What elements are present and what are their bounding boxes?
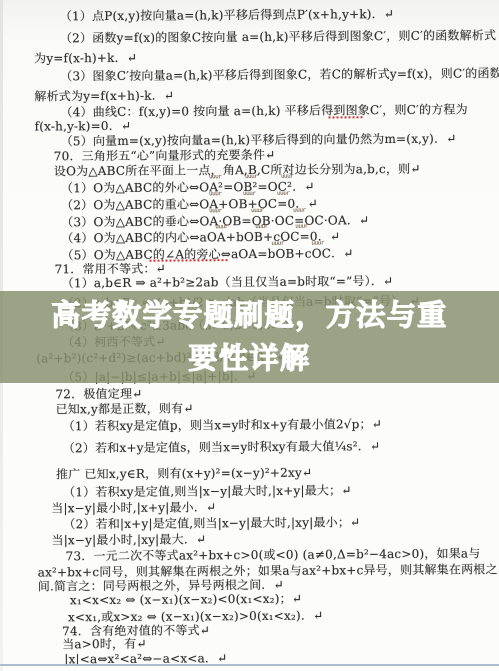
vector-arrow-mark: uuur (255, 224, 267, 230)
doc-line: 已知x,y都是正数，则有↵ (56, 401, 194, 416)
doc-line: 70．三角形五“心”向量形式的充要条件↵ (54, 148, 276, 164)
vector-arrow-mark: uuur (281, 174, 293, 180)
doc-line: 73．一元二次不等式ax²+bx+c>0(或<0) (a≠0,Δ=b²−4ac>… (66, 546, 481, 563)
vector-arrow-mark: uuur (295, 224, 307, 230)
vector-arrow-mark: uuur (311, 240, 323, 246)
doc-line: （2）O为△ABC的重心⇔OA+OB+OC=0．↵ (61, 197, 318, 213)
doc-line: 解析式为y=f(x+h)-k．↵ (34, 89, 174, 104)
doc-line: （1）若积xy是定值p，则当x=y时和x+y有最小值2√p；↵ (63, 417, 382, 433)
doc-line: 当a>0时，有↵ (62, 637, 147, 652)
vector-arrow-mark: uuur (293, 208, 305, 214)
doc-line: （2）函数y=f(x)的图象C按向量 a=(h,k)平移后得到图象C′，则C′的… (60, 28, 496, 45)
spellcheck-squiggle (150, 259, 228, 262)
banner-title-line1: 高考数学专题刷题，方法与重 (51, 294, 448, 337)
doc-line: x<x₁,或x>x₂ ⇔ (x−x₁)(x−x₂)>0(x₁<x₂)．↵ (68, 608, 323, 624)
doc-line: x₁<x<x₂ ⇔ (x−x₁)(x−x₂)<0(x₁<x₂)；↵ (70, 592, 302, 608)
doc-line: （2）若和x+y是定值s，则当x=y时积xy有最大值¼s²．↵ (63, 439, 380, 455)
doc-line: 当|x−y|最小时,|xy|最大．↵ (51, 532, 206, 547)
doc-line: 设O为△ABC所在平面上一点，角A,B,C所对边长分别为a,b,c，则↵ (54, 162, 421, 179)
doc-line: 当|x−y|最小时,|x+y|最小．↵ (51, 500, 216, 515)
document-scan: （1）点P(x,y)按向量a=(h,k)平移后得到点P′(x+h,y+k)．↵ … (0, 0, 499, 671)
doc-line: （2）若和|x+y|是定值,则当|x−y|最大时,|xy|最小；↵ (63, 515, 360, 531)
vector-arrow-mark: uuur (245, 174, 257, 180)
doc-line: 71．常用不等式：↵ (55, 262, 166, 277)
vector-arrow-mark: uuur (243, 191, 255, 197)
vector-arrow-mark: uuur (277, 191, 289, 197)
doc-line: （3）图象C′按向量a=(h,k)平移后得到图象C，若C的解析式y=f(x)，则… (60, 66, 499, 83)
doc-line: 推广 已知x,y∈R，则有(x+y)²=(x−y)²+2xy↵ (56, 466, 312, 482)
doc-line: 72．极值定理↵ (55, 387, 142, 402)
vector-arrow-mark: uuur (251, 208, 263, 214)
banner-title-line2: 要性详解 (188, 337, 310, 380)
vector-arrow-mark: uuur (271, 241, 283, 247)
title-banner: 高考数学专题刷题，方法与重 要性详解 (0, 291, 499, 383)
bottom-divider-line (0, 664, 499, 666)
doc-line: f(x-h,y-k)=0．↵ (35, 119, 132, 134)
doc-line: （5）向量m=(x,y)按向量a=(h,k)平移后得到的向量仍然为m=(x,y)… (61, 132, 457, 149)
vector-arrow-mark: uuur (209, 208, 221, 214)
doc-line: 为y=f(x-h)+k．↵ (34, 51, 137, 66)
vector-arrow-mark: uuur (209, 174, 221, 180)
doc-line: （1）点P(x,y)按向量a=(h,k)平移后得到点P′(x+h,y+k)．↵ (60, 7, 394, 23)
doc-line: （1）a,b∈R ⇒ a²+b²≥2ab（当且仅当a=b时取“=”号）．↵ (62, 274, 394, 290)
doc-line: （1）若积xy是定值,则当|x−y|最大时,|x+y|最大；↵ (63, 483, 352, 499)
vector-arrow-mark: uuur (215, 224, 227, 230)
doc-line: （4）曲线C：f(x,y)=0 按向量 a=(h,k) 平移后得到图象C′，则C… (60, 102, 467, 119)
doc-line: （4）O为△ABC的内心⇔aOA+bOB+cOC=0．↵ (61, 229, 340, 245)
vector-arrow-mark: uuur (209, 191, 221, 197)
spellcheck-squiggle (329, 116, 363, 118)
